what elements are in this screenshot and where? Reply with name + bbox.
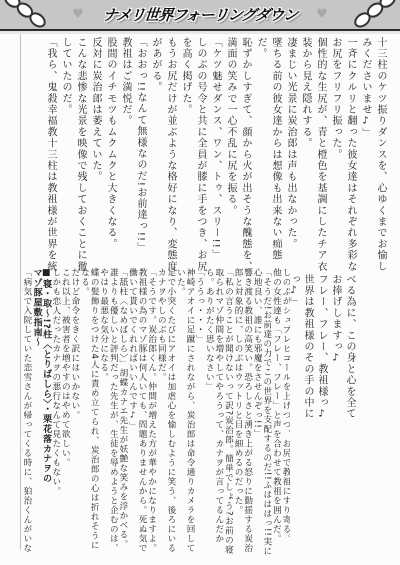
paragraph: 恥ずかしすぎて、顔から火が出そうな醜態を、満面の笑みで一心不乱に尻を振る。 [223, 37, 253, 273]
page-edge-line [20, 34, 21, 550]
paragraph: 他の女性達も「フレー、フレー」と声を合わせて教祖を囲んだ。 [271, 268, 281, 558]
paragraph: こんな悲惨な光景を映像で残しておくことに徹していたのだ。 [58, 37, 88, 273]
paragraph: 個性的な生尻が、青と橙色を基調にしたチア衣装から見え隠れする。 [298, 37, 328, 273]
paragraph: 足で小突くたびにアオイは加虐心を愉しむように笑う、後ろにいるカナヲやしのぶも同様… [156, 268, 175, 558]
paragraph: しのぶがシュプレヒコールを上げつつ、お尻で教祖にすり寄る。 [280, 268, 290, 558]
paragraph: べる為に、この身と心を全てお捧げしますっ♪ [328, 274, 356, 422]
header-banner: ♥ ♥ ナメリ世界フォーリングダウン [0, 0, 400, 31]
paragraph: もうお尻だけが並ぶような格好になり、変態度があがる。 [148, 37, 178, 273]
paragraph: フレー、フレー、教祖様っ♪ [314, 274, 328, 422]
paragraph: しのぶの号令と共に全員が膝に手をつき、お尻を高く掲げた。 [178, 37, 208, 273]
paragraph: 「そうだ!お前達の力でこの世界を支配するのだ!!ふはははっ!!実に心地良い、誰に… [252, 268, 271, 558]
paragraph: だけど命令をきく訳にはいかない。 [69, 268, 79, 558]
paragraph: 誰よりも優しいと評判だった先生が、生徒を辱めようと企むのは、やはり最悪な気分にな… [98, 268, 117, 558]
paragraph: 「私の言うことが聞けないって訳?炭治郎。簡単でしょう?お前の寝取られマゾ仲間を増… [204, 268, 233, 558]
paragraph: 凄まじい光景に炭治郎は声も出なかった。 [283, 37, 298, 273]
paragraph: 「そうです。炭治郎くん。仲間が増えた方が華やかになりますよ。教祖様の為のマゾ豚は… [127, 268, 156, 558]
paragraph: 「ううっ・・・」 [194, 268, 204, 558]
paragraph: 反対に炭治郎は萎えていた。 [88, 37, 103, 273]
lower-text-band: しのぶがシュプレヒコールを上げつつ、お尻で教祖にすり寄る。他の女性達も「フレー、… [22, 268, 290, 558]
doujin-novel-page: ♥ ♥ ナメリ世界フォーリングダウン 十三柱のケツ振りダンスを、心ゆくまでお愉し… [0, 0, 400, 565]
page-title: ナメリ世界フォーリングダウン [0, 4, 400, 25]
paragraph: 股間のイチモツもムクムクと大きくなる。 [103, 37, 118, 273]
paragraph: 響き渡る教祖の高笑い。恐ろしさと湧き上がる怒りに動揺する炭治郎と対象的に、しのぶ… [232, 268, 251, 558]
paragraph: 教祖はご満悦だ。 [118, 37, 133, 273]
top-text-band: 十三柱のケツ振りダンスを、心ゆくまでお愉しみくださいませ♪」一斉にクルリと翻った… [32, 37, 388, 273]
paragraph: 「舐柱〈なめばしら〉」胡蝶カナエ先生が妖艶な笑みを浮かべる。 [117, 268, 127, 558]
paragraph: 「我ら、鬼殺幸福教十三柱は教祖様が世界を統 [43, 37, 58, 273]
paragraph: 墜ちる前の彼女達からは想像も出来ない痴態だ。 [253, 37, 283, 273]
section-heading-line1: ■寝・取〜!?柱〈とりばしら〉・栗花落カナヲの [41, 268, 51, 558]
section-heading-line2: マゾ豚屋敷指南〜 [31, 268, 41, 558]
paragraph: 世界は教祖様のその手の中にっ♪」 [286, 274, 314, 422]
paragraph: 一斉にクルリと翻った彼女達はそれぞれ多彩なお尻をフリフリ振った。 [328, 37, 358, 273]
paragraph: 「病気で入院していた恋雪さんが帰ってくる時に、狛治くんがいないと締まらないでしょ… [22, 268, 31, 558]
paragraph: 「おおっ!!なんて無様なのだ!お前達っ!!」 [133, 37, 148, 273]
paragraph: これ以上、被害者を増やすのはやめて欲しい。 [60, 268, 70, 558]
paragraph: 神崎アオイに足蹴にされながら、炭治郎は命令通りカメラを回していた。 [175, 268, 194, 558]
paragraph: 「ケツ魅せダンス、ワン、トゥ、スリー!!」 [208, 37, 223, 273]
paragraph: 十三柱のケツ振りダンスを、心ゆくまでお愉しみくださいませ♪」 [358, 37, 388, 273]
paragraph: 蝶の髪飾りをつけた4人に責め立てられ、炭治郎の心は折れそうになる。 [79, 268, 98, 558]
paragraph: しかも恋人だったカナヲの悪行なんて見たくもない。 [50, 268, 60, 558]
